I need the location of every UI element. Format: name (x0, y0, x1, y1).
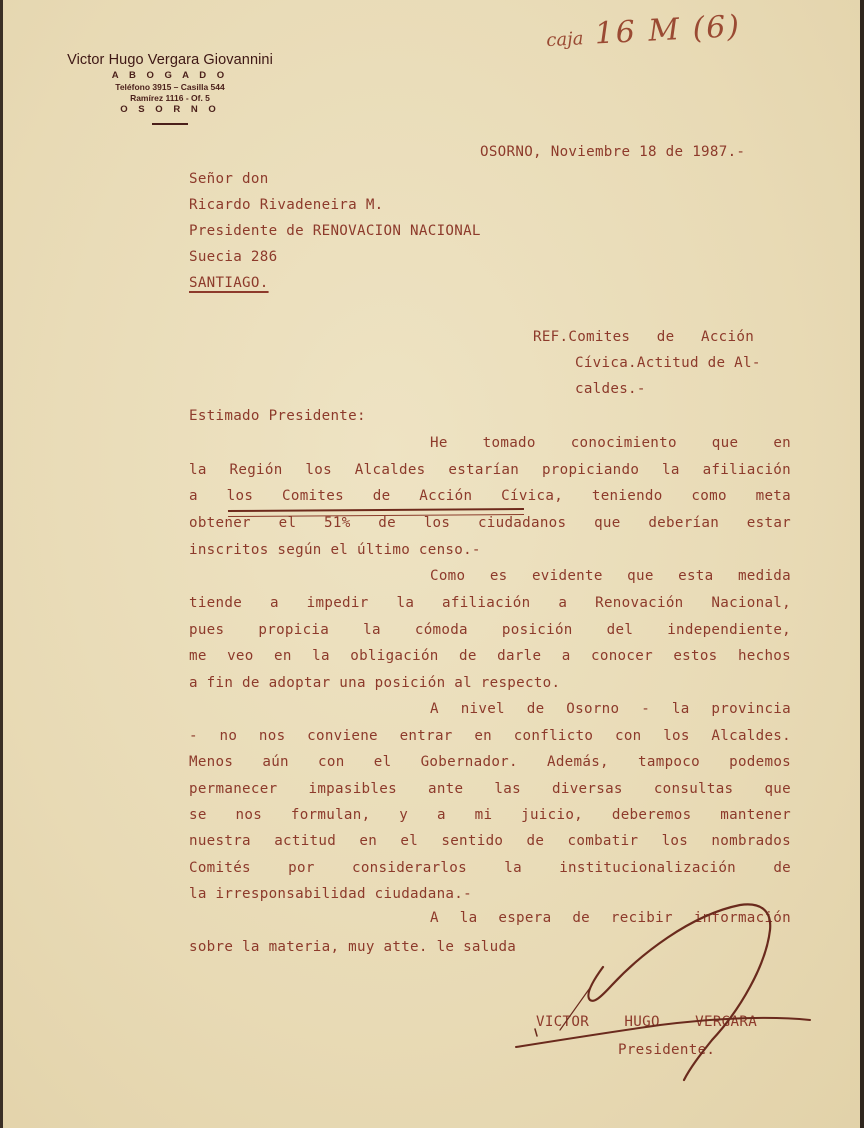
body-p2-line-2: tiende a impedir la afiliación a Renovac… (189, 593, 791, 613)
body-p1-line-5: inscritos según el último censo.- (189, 540, 791, 560)
reference-line-3: caldes.- (575, 381, 646, 397)
letterhead-address: Ramírez 1116 - Of. 5 (50, 93, 290, 103)
body-p3-line-5: se nos formulan, y a mi juicio, deberemo… (189, 805, 791, 825)
signature-role: Presidente. (618, 1042, 715, 1058)
archive-note-code: 16 M (6) (594, 9, 742, 52)
body-p3-line-8: la irresponsabilidad ciudadana.- (189, 884, 791, 904)
body-p3-line-4: permanecer impasibles ante las diversas … (189, 779, 791, 799)
handwritten-signature-icon (0, 0, 864, 1128)
recipient-name: Ricardo Rivadeneira M. (189, 197, 384, 213)
body-p3-line-3: Menos aún con el Gobernador. Además, tam… (189, 752, 791, 772)
letterhead-divider (152, 123, 188, 125)
body-p2-line-5: a fin de adoptar una posición al respect… (189, 673, 791, 693)
body-p2-line-4: me veo en la obligación de darle a conoc… (189, 646, 791, 666)
letterhead-city: O S O R N O (50, 104, 290, 115)
letterhead: Victor Hugo Vergara Giovannini A B O G A… (50, 52, 290, 125)
body-p1-line-1: He tomado conocimiento que en (430, 433, 791, 453)
body-p1-line-3: a los Comites de Acción Cívica, teniendo… (189, 486, 791, 506)
letterhead-phone: Teléfono 3915 – Casilla 544 (50, 82, 290, 92)
body-p3-line-2: - no nos conviene entrar en conflicto co… (189, 726, 791, 746)
reference-line-2: Cívica.Actitud de Al- (575, 355, 761, 371)
recipient-city: SANTIAGO. (189, 275, 269, 291)
body-p4-line-1: A la espera de recibir información (430, 908, 791, 928)
body-p3-line-1: A nivel de Osorno - la provincia (430, 699, 791, 719)
letterhead-name: Victor Hugo Vergara Giovannini (50, 52, 290, 68)
body-p4-line-2: sobre la materia, muy atte. le saluda (189, 937, 791, 957)
body-p2-line-1: Como es evidente que esta medida (430, 566, 791, 586)
archive-note-prefix: caja (546, 28, 584, 51)
reference-line-1: REF.Comites de Acción (533, 329, 754, 345)
body-p2-line-3: pues propicia la cómoda posición del ind… (189, 620, 791, 640)
recipient-salutation: Señor don (189, 171, 269, 187)
date-line: OSORNO, Noviembre 18 de 1987.- (480, 144, 745, 160)
letter-page: Victor Hugo Vergara Giovannini A B O G A… (0, 0, 864, 1128)
body-p3-line-6: nuestra actitud en el sentido de combati… (189, 831, 791, 851)
greeting: Estimado Presidente: (189, 408, 366, 424)
body-p1-line-2: la Región los Alcaldes estarían propicia… (189, 460, 791, 480)
recipient-street: Suecia 286 (189, 249, 277, 265)
body-p1-line-4: obtener el 51% de los ciudadanos que deb… (189, 513, 791, 533)
scan-edge-right (860, 0, 864, 1128)
letterhead-profession: A B O G A D O (50, 70, 290, 81)
handwritten-archive-note: caja 16 M (6) (545, 9, 742, 54)
signature-name: VICTOR HUGO VERGARA (536, 1014, 757, 1030)
recipient-position: Presidente de RENOVACION NACIONAL (189, 223, 481, 239)
body-p3-line-7: Comités por considerarlos la institucion… (189, 858, 791, 878)
scan-edge-left (0, 0, 3, 1128)
